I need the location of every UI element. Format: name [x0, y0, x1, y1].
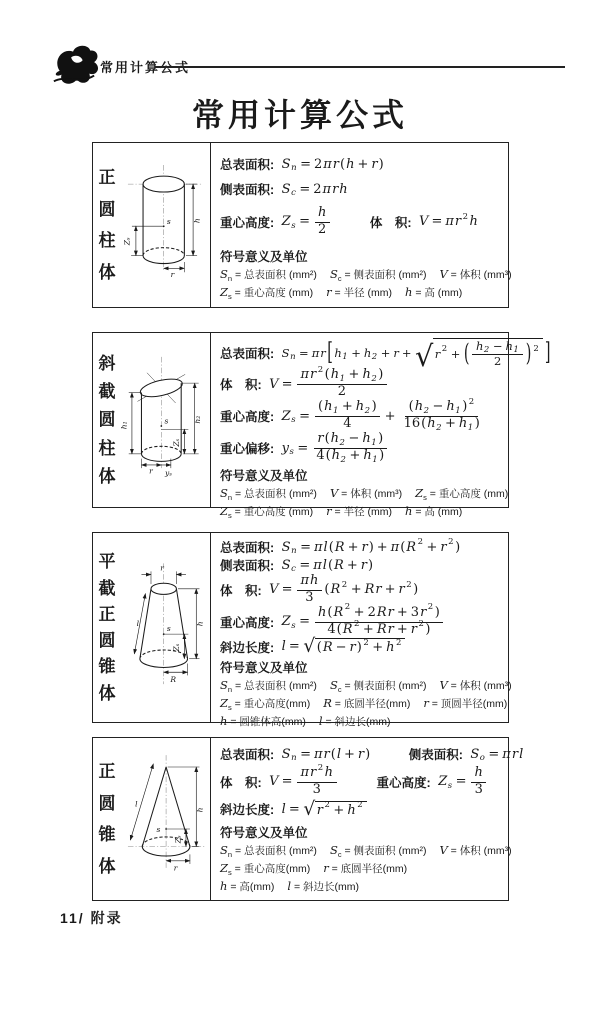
frustum-formula-cell: 总表面积:Sn=πl(R+r)+π(R2+r2)侧表面积:Sc=πl(R+r)体…	[211, 533, 508, 722]
subscript: 2	[436, 424, 441, 434]
math-token: +	[333, 803, 344, 818]
formula-row: 总表面积:Sn=2πr(h+r)	[220, 155, 504, 173]
numerator: (h1+h2)	[315, 400, 381, 417]
symbol-definition: Sn = 总表面积 (mm²)	[220, 486, 317, 502]
math-token: (	[329, 540, 334, 555]
formula-label: 体 积:	[370, 213, 412, 231]
symbol-variable: l	[287, 879, 291, 893]
formula-row: 侧表面积:Sc=2πrh	[220, 180, 504, 198]
formula-label: 侧表面积:	[409, 745, 463, 763]
math-token: Z	[282, 409, 291, 424]
formula-math: Sc=2πrh	[281, 182, 348, 197]
formula: 总表面积:Sn=πr(l+r)	[220, 745, 371, 763]
formula: 体 积:V=πr2h	[370, 213, 479, 231]
math-token: −	[348, 432, 359, 447]
dim-label-s: s	[157, 826, 161, 835]
formula: 侧表面积:Sc=2πrh	[220, 180, 348, 198]
symbol-variable: Z	[415, 486, 423, 500]
section-label-char: 正	[99, 169, 116, 186]
symbol-variable: R	[323, 696, 332, 710]
math-token: (	[317, 640, 322, 655]
math-token: )	[379, 157, 384, 172]
math-token: (	[340, 157, 345, 172]
math-token: π	[323, 182, 332, 197]
symbol-legend: 符号意义及单位 Sn = 总表面积 (mm²)Sc = 侧表面积 (mm²)V …	[220, 247, 504, 301]
math-token: +	[351, 582, 362, 597]
symbol-definition: Sc = 侧表面积 (mm²)	[330, 678, 427, 694]
denominator: 2	[334, 385, 349, 400]
dim-label-s: s	[167, 217, 171, 226]
formula-label: 体 积:	[220, 375, 262, 393]
symbol-variable: h	[220, 714, 227, 728]
symbol-subscript: s	[228, 703, 232, 712]
math-token: h	[318, 606, 326, 621]
square-root: √r2+(h2−h12)2	[415, 338, 543, 368]
math-token: Z	[282, 214, 291, 229]
dim-label-r: r	[149, 466, 153, 475]
symbol-definition: Zs = 重心高度 (mm)	[220, 504, 313, 520]
subscript: 2	[340, 439, 345, 449]
formula-label: 重心高度:	[220, 213, 274, 231]
math-token: Z	[282, 614, 291, 629]
symbol-definition: r = 半径 (mm)	[326, 285, 392, 301]
math-token: )	[372, 400, 377, 415]
math-token: 2	[313, 182, 321, 197]
denominator: 2	[490, 355, 504, 368]
formula: 重心高度:Zs=h2	[220, 206, 332, 238]
math-token: +	[427, 540, 438, 555]
formula-math: Sn=πl(R+r)+π(R2+r2)	[281, 540, 460, 555]
formula-math: l=√r2+h2	[281, 801, 367, 818]
symbol-line: Sn = 总表面积 (mm²)Sc = 侧表面积 (mm²)V = 体积 (mm…	[220, 843, 504, 859]
subscript: 2	[371, 375, 376, 385]
math-token: +	[402, 346, 412, 360]
math-token: h	[346, 157, 354, 172]
section-label-char: 斜	[99, 355, 116, 372]
subscript: n	[291, 163, 296, 173]
math-token: (	[328, 558, 333, 573]
dim-label-h2: h₂	[193, 415, 202, 423]
subscript: 1	[513, 346, 518, 356]
symbol-line: Zs = 重心高度(mm)r = 底圆半径(mm)	[220, 861, 504, 877]
fraction: πr2(h1+h2)2	[297, 368, 387, 400]
math-token: =	[282, 582, 293, 597]
symbol-lines: Sn = 总表面积 (mm²)Sc = 侧表面积 (mm²)V = 体积 (mm…	[220, 267, 504, 301]
formula-math: Sn=2πr(h+r)	[281, 157, 384, 172]
subscript: 1	[455, 407, 460, 417]
denominator: 4	[340, 417, 355, 432]
subscript: c	[291, 188, 296, 198]
symbol-definition: V = 体积 (mm³)	[439, 678, 511, 694]
symbol-definition: Sn = 总表面积 (mm²)	[220, 843, 317, 859]
symbol-variable: r	[323, 861, 329, 875]
dim-label-s: s	[165, 416, 169, 425]
formula-rows: 总表面积:Sn=πr(l+r)侧表面积:So=πrl体 积:V=πr2h3重心高…	[220, 743, 504, 821]
math-token: l	[324, 540, 328, 555]
math-token: (	[400, 540, 405, 555]
superscript: 2	[418, 537, 423, 547]
math-token: π	[300, 368, 309, 383]
section-label-char: 平	[99, 553, 116, 570]
math-token: h	[310, 574, 318, 589]
math-token: =	[299, 558, 310, 573]
math-token: (	[324, 582, 329, 597]
math-token: r	[317, 803, 323, 818]
math-token: h	[446, 400, 454, 415]
formula-label: 侧表面积:	[220, 556, 274, 574]
formula-label: 总表面积:	[220, 538, 274, 556]
math-token: 2	[318, 223, 326, 238]
section-label-char: 截	[99, 580, 116, 597]
symbol-definition: h = 高(mm)	[220, 879, 274, 894]
subscript: s	[291, 621, 295, 631]
math-token: π	[300, 766, 309, 781]
symbol-definition: Sc = 侧表面积 (mm²)	[330, 843, 427, 859]
math-token: h	[476, 340, 483, 353]
math-token: y	[282, 441, 289, 456]
section-vertical-label: 平截正圆锥体	[94, 536, 120, 719]
symbol-variable: r	[326, 504, 332, 518]
formula: 重心高度:Zs=h3	[377, 766, 489, 798]
formula: 体 积:V=πr2h3	[220, 766, 339, 798]
formula: 侧表面积:Sc=πl(R+r)	[220, 556, 374, 574]
big-bracket: [	[327, 340, 333, 367]
math-token: 4	[327, 623, 335, 638]
math-token: )	[369, 540, 374, 555]
math-token: (	[318, 400, 323, 415]
math-token: r	[440, 540, 446, 555]
math-token: =	[299, 614, 310, 629]
subscript: 2	[341, 456, 346, 466]
math-token: +	[385, 582, 396, 597]
brand-logo-icon	[50, 42, 98, 88]
symbol-legend: 符号意义及单位 Sn = 总表面积 (mm²)V = 体积 (mm³)Zs = …	[220, 466, 504, 520]
subscript: 1	[342, 352, 347, 362]
symbol-line: Sn = 总表面积 (mm²)Sc = 侧表面积 (mm²)V = 体积 (mm…	[220, 267, 504, 283]
superscript: 2	[448, 537, 453, 547]
formula: 侧表面积:So=πrl	[409, 745, 524, 763]
formula-math: Zs=h(R2+2Rr+3r2)4(R2+Rr+r2)	[281, 606, 445, 638]
math-token: r	[324, 747, 330, 762]
subscript: 1	[468, 424, 473, 434]
formula-rows: 总表面积:Sn=2πr(h+r)侧表面积:Sc=2πrh重心高度:Zs=h2体 …	[220, 148, 504, 245]
math-token: )	[462, 400, 467, 415]
math-token: +	[385, 409, 396, 424]
symbol-line: h = 圆锥体高(mm)l = 斜边长(mm)	[220, 714, 504, 729]
math-token: 2	[314, 157, 322, 172]
math-token: r	[350, 640, 356, 655]
symbol-definition: Sn = 总表面积 (mm²)	[220, 678, 317, 694]
math-token: π	[313, 558, 322, 573]
math-token: Z	[438, 774, 447, 789]
formula-row: 侧表面积:Sc=πl(R+r)	[220, 556, 504, 574]
math-token: =	[282, 377, 293, 392]
formula-math: So=πrl	[470, 747, 524, 762]
math-token: l	[282, 639, 286, 654]
section-label-char: 锥	[99, 826, 116, 843]
symbol-subscript: s	[228, 292, 232, 301]
formula-row: 总表面积:Sn=πr[h1+h2+r+√r2+(h2−h12)2]	[220, 338, 504, 368]
math-token: )	[413, 582, 418, 597]
math-token: (	[421, 417, 426, 432]
formula-label: 总表面积:	[220, 745, 274, 763]
section-oblique-cylinder: 斜截圆柱体	[92, 332, 509, 508]
fraction: r(h2−h1)4(h2+h1)	[313, 432, 388, 464]
cylinder-formula-cell: 总表面积:Sn=2πr(h+r)侧表面积:Sc=2πrh重心高度:Zs=h2体 …	[211, 143, 508, 307]
math-token: h	[339, 182, 347, 197]
oblique-cylinder-figure-cell: 斜截圆柱体	[93, 333, 211, 507]
math-token: R	[330, 582, 340, 597]
page-footer: 11/ 附录	[60, 908, 123, 928]
dim-label-l: l	[135, 800, 138, 809]
math-token: +	[377, 540, 388, 555]
big-bracket: ]	[545, 340, 551, 367]
cylinder-diagram: s Zₛ h r	[120, 146, 209, 304]
math-token: π	[445, 214, 454, 229]
symbol-legend-title: 符号意义及单位	[220, 247, 504, 265]
symbol-definition: r = 底圆半径(mm)	[323, 861, 407, 877]
math-token: π	[502, 747, 511, 762]
symbol-variable: S	[220, 486, 228, 500]
symbol-subscript: c	[338, 685, 342, 694]
symbol-legend: 符号意义及单位 Sn = 总表面积 (mm²)Sc = 侧表面积 (mm²)V …	[220, 823, 504, 894]
symbol-definition: Zs = 重心高度(mm)	[220, 696, 310, 712]
numerator: r(h2−h1)	[314, 432, 387, 449]
subscript: s	[291, 415, 295, 425]
denominator: 4(R2+Rr+r2)	[324, 623, 434, 638]
section-label-char: 柱	[99, 440, 116, 457]
superscript: 2	[469, 398, 474, 408]
math-token: +	[357, 157, 368, 172]
subscript: 1	[340, 375, 345, 385]
section-label-char: 体	[99, 468, 116, 485]
superscript: 2	[354, 620, 359, 630]
math-token: −	[336, 640, 347, 655]
formula-label: 总表面积:	[220, 344, 274, 362]
formula: 总表面积:Sn=2πr(h+r)	[220, 155, 384, 173]
math-token: =	[299, 409, 310, 424]
math-token: r	[388, 606, 394, 621]
subscript: n	[291, 753, 296, 763]
cone-diagram: l s h Zₛ r	[120, 741, 209, 897]
symbol-subscript: s	[228, 511, 232, 520]
numerator: h	[471, 766, 486, 783]
math-token: h	[324, 400, 332, 415]
math-token: +	[381, 346, 391, 360]
math-token: (	[337, 623, 342, 638]
math-token: 3	[305, 591, 313, 606]
section-vertical-label: 正圆柱体	[94, 146, 120, 304]
formula-row: 斜边长度:l=√r2+h2	[220, 800, 504, 818]
radicand: (R−r)2+h2	[315, 638, 405, 655]
section-label-char: 正	[99, 763, 116, 780]
math-token: 2	[338, 385, 346, 400]
subscript: s	[290, 447, 294, 457]
denominator: 2	[315, 223, 330, 238]
symbol-line: h = 高(mm)l = 斜边长(mm)	[220, 879, 504, 894]
math-token: h	[459, 417, 467, 432]
formula-math: V=πr2h3	[269, 766, 339, 798]
math-token: R	[323, 640, 333, 655]
math-token: +	[344, 747, 355, 762]
math-token: +	[351, 346, 361, 360]
formula-label: 重心高度:	[377, 773, 431, 791]
math-token: +	[397, 623, 408, 638]
symbol-line: Zs = 重心高度(mm)R = 底圆半径(mm)r = 顶圆半径(mm)	[220, 696, 504, 712]
section-label-char: 锥	[99, 658, 116, 675]
math-token: l	[337, 747, 341, 762]
math-token: l	[519, 747, 523, 762]
denominator: 3	[302, 591, 317, 606]
dim-label-ys: yₛ	[164, 468, 172, 477]
radical-sign: √	[415, 338, 433, 368]
symbol-subscript: c	[338, 850, 342, 859]
symbol-subscript: s	[228, 868, 232, 877]
math-token: +	[349, 368, 360, 383]
math-token: r	[361, 558, 367, 573]
dim-label-r: r	[171, 270, 175, 279]
denominator: 3	[471, 783, 486, 798]
math-token: r	[455, 214, 461, 229]
frustum-diagram: r l s h Zₛ R	[120, 536, 209, 719]
math-token: R	[333, 606, 343, 621]
formula-math: Zs=(h1+h2)4+(h2−h1)216(h2+h1)	[281, 400, 485, 432]
symbol-definition: l = 斜边长(mm)	[319, 714, 391, 729]
math-token: +	[363, 623, 374, 638]
formula-math: Sn=πr[h1+h2+r+√r2+(h2−h12)2]	[281, 338, 551, 368]
dim-label-h: h	[196, 621, 205, 626]
section-label-char: 体	[99, 858, 116, 875]
symbol-variable: Z	[220, 285, 228, 299]
symbol-definition: r = 半径 (mm)	[326, 504, 392, 520]
superscript: 2	[345, 603, 350, 613]
math-token: )	[379, 449, 384, 464]
formula-rows: 总表面积:Sn=πl(R+r)+π(R2+r2)侧表面积:Sc=πl(R+r)体…	[220, 538, 504, 656]
math-token: +	[445, 417, 456, 432]
math-token: +	[397, 606, 408, 621]
subscript: n	[290, 352, 295, 362]
numerator: πr2(h1+h2)	[297, 368, 387, 385]
cylinder-drawing-icon: s Zₛ h r	[120, 148, 209, 301]
math-token: r	[393, 346, 399, 360]
math-token: r	[411, 623, 417, 638]
math-token: +	[347, 558, 358, 573]
math-token: (	[331, 747, 336, 762]
symbol-legend: 符号意义及单位 Sn = 总表面积 (mm²)Sc = 侧表面积 (mm²)V …	[220, 658, 504, 729]
math-token: =	[456, 774, 467, 789]
dim-label-zs: Zₛ	[123, 237, 132, 246]
symbol-definition: V = 体积 (mm³)	[439, 843, 511, 859]
subscript: s	[291, 221, 295, 231]
subscript: 2	[372, 352, 377, 362]
subscript: s	[448, 781, 452, 791]
math-token: π	[323, 157, 332, 172]
math-token: r	[512, 747, 518, 762]
numerator: πh	[297, 574, 322, 591]
symbol-subscript: n	[228, 493, 232, 502]
formula-label: 体 积:	[220, 773, 262, 791]
dim-label-h: h	[192, 218, 201, 223]
formula-math: Zs=h3	[438, 766, 489, 798]
math-token: V	[419, 214, 428, 229]
symbol-variable: V	[330, 486, 338, 500]
math-token: 4	[316, 449, 324, 464]
subscript: 1	[333, 407, 338, 417]
section-label-char: 圆	[99, 201, 116, 218]
section-label-char: 圆	[99, 411, 116, 428]
subscript: 2	[365, 407, 370, 417]
formula-row: 重心偏移:ys=r(h2−h1)4(h2+h1)	[220, 432, 504, 464]
math-token: π	[300, 574, 309, 589]
formula-row: 重心高度:Zs=h(R2+2Rr+3r2)4(R2+Rr+r2)	[220, 606, 504, 638]
math-token: )	[378, 432, 383, 447]
math-token: 3	[313, 783, 321, 798]
subscript: c	[291, 564, 296, 574]
symbol-line: Sn = 总表面积 (mm²)Sc = 侧表面积 (mm²)V = 体积 (mm…	[220, 678, 504, 694]
formula-math: V=πr2(h1+h2)2	[269, 368, 389, 400]
fraction: πr2h3	[297, 766, 337, 798]
superscript: 2	[363, 638, 368, 648]
math-token: S	[282, 558, 291, 573]
math-token: +	[348, 540, 359, 555]
fraction: h2−h12	[472, 340, 522, 368]
radical-sign: √	[303, 638, 315, 655]
math-token: l	[323, 558, 327, 573]
math-token: h	[332, 449, 340, 464]
symbol-definition: Zs = 重心高度 (mm)	[415, 486, 508, 502]
symbol-subscript: s	[423, 493, 427, 502]
math-token: =	[299, 214, 310, 229]
formula: 体 积:V=πh3(R2+Rr+r2)	[220, 574, 419, 606]
math-token: )	[425, 623, 430, 638]
formula-label: 斜边长度:	[220, 800, 274, 818]
numerator: h2−h1	[472, 340, 522, 355]
symbol-subscript: c	[338, 274, 342, 283]
fraction: h3	[471, 766, 486, 798]
symbol-legend-title: 符号意义及单位	[220, 466, 504, 484]
formula-row: 重心高度:Zs=(h1+h2)4+(h2−h1)216(h2+h1)	[220, 400, 504, 432]
math-token: (	[327, 606, 332, 621]
math-token: V	[269, 377, 278, 392]
symbol-variable: l	[319, 714, 323, 728]
frustum-figure-cell: 平截正圆锥体	[93, 533, 211, 722]
formula-row: 体 积:V=πh3(R2+Rr+r2)	[220, 574, 504, 606]
formula: 重心高度:Zs=(h1+h2)4+(h2−h1)216(h2+h1)	[220, 400, 485, 432]
superscript: 2	[463, 212, 468, 222]
superscript: 2	[357, 800, 362, 810]
section-cylinder: 正圆柱体	[92, 142, 509, 308]
subscript: o	[480, 753, 485, 763]
math-token: 4	[343, 417, 351, 432]
page-title: 常用计算公式	[0, 90, 600, 136]
symbol-definition: r = 顶圆半径(mm)	[423, 696, 507, 712]
formula-label: 斜边长度:	[220, 638, 274, 656]
cone-figure-cell: 正圆锥体 l	[93, 738, 211, 900]
symbol-lines: Sn = 总表面积 (mm²)V = 体积 (mm³)Zs = 重心高度 (mm…	[220, 486, 504, 520]
math-token: =	[299, 346, 309, 360]
math-token: V	[269, 582, 278, 597]
formula-row: 体 积:V=πr2h3重心高度:Zs=h3	[220, 766, 504, 798]
math-token: R	[343, 623, 353, 638]
dim-label-h: h	[196, 808, 205, 813]
symbol-variable: h	[405, 285, 412, 299]
math-token: π	[314, 540, 323, 555]
symbol-variable: r	[326, 285, 332, 299]
formula-label: 重心高度:	[220, 613, 274, 631]
symbol-definition: h = 圆锥体高(mm)	[220, 714, 306, 729]
symbol-definition: Sn = 总表面积 (mm²)	[220, 267, 317, 283]
symbol-variable: r	[423, 696, 429, 710]
